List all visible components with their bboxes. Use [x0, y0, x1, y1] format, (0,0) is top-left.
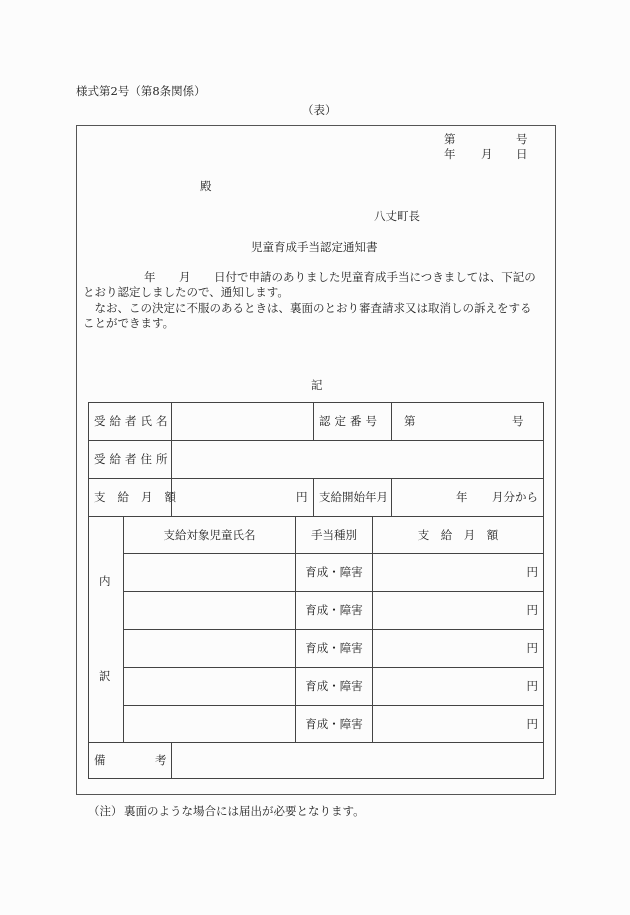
monthly-amount-field[interactable]	[172, 479, 313, 516]
side-label: （表）	[302, 103, 337, 117]
body-month: 月	[179, 270, 191, 284]
cert-number-label: 認定番号	[319, 402, 381, 440]
breakdown-label-top: 内	[99, 573, 111, 589]
date-day: 日	[516, 147, 528, 161]
child-name-field[interactable]	[124, 630, 295, 667]
child-name-field[interactable]	[124, 706, 295, 742]
ki-label: 記	[311, 378, 323, 392]
child-name-field[interactable]	[124, 592, 295, 629]
recipient-name-label: 受給者氏名	[94, 402, 172, 440]
allowance-type: 育成・障害	[296, 629, 372, 667]
form-number: 様式第2号（第8条関係）	[76, 84, 206, 98]
issuer: 八丈町長	[374, 209, 420, 223]
allowance-type: 育成・障害	[296, 591, 372, 629]
start-label: 支給開始年月	[319, 478, 388, 516]
allowance-type: 育成・障害	[296, 667, 372, 705]
amount-unit: 円	[373, 629, 538, 667]
child-name-field[interactable]	[124, 554, 295, 591]
date-year: 年	[444, 147, 456, 161]
monthly-amount-unit: 円	[296, 478, 308, 516]
header-child-name: 支給対象児童氏名	[124, 516, 295, 553]
remarks-field[interactable]	[172, 743, 543, 778]
body-line3: なお、この決定に不服のあるときは、裏面のとおり審査請求又は取消しの訴えをする	[83, 301, 532, 315]
body-year: 年	[144, 270, 156, 284]
allowance-type: 育成・障害	[296, 705, 372, 742]
start-year: 年	[456, 478, 468, 516]
recipient-address-field[interactable]	[172, 441, 543, 478]
remarks-label-left: 備	[94, 742, 106, 778]
body-line2: とおり認定しましたので、通知します。	[83, 285, 289, 299]
allowance-type: 育成・障害	[296, 553, 372, 591]
body-line1: 日付で申請のありました児童育成手当につきましては、下記の	[214, 270, 536, 284]
amount-unit: 円	[373, 553, 538, 591]
child-name-field[interactable]	[124, 668, 295, 705]
note-text: 裏面のような場合には届出が必要となります。	[124, 804, 365, 818]
date-month: 月	[481, 147, 493, 161]
amount-unit: 円	[373, 591, 538, 629]
header-allowance-type: 手当種別	[296, 516, 372, 553]
amount-unit: 円	[373, 705, 538, 742]
number-prefix: 第	[444, 132, 456, 146]
start-month: 月分から	[492, 478, 538, 516]
body-line4: ことができます。	[83, 316, 174, 330]
recipient-address-label: 受給者住所	[94, 440, 172, 478]
breakdown-label-bottom: 訳	[99, 668, 111, 684]
cert-number-suffix: 号	[512, 402, 524, 440]
recipient-name-field[interactable]	[172, 403, 313, 440]
addressee-suffix: 殿	[200, 179, 212, 193]
remarks-label-right: 考	[155, 742, 167, 778]
number-suffix: 号	[516, 132, 528, 146]
document-title: 児童育成手当認定通知書	[251, 240, 378, 254]
header-monthly-amount: 支 給 月 額	[373, 516, 543, 553]
amount-unit: 円	[373, 667, 538, 705]
note-label: （注）	[88, 804, 123, 818]
